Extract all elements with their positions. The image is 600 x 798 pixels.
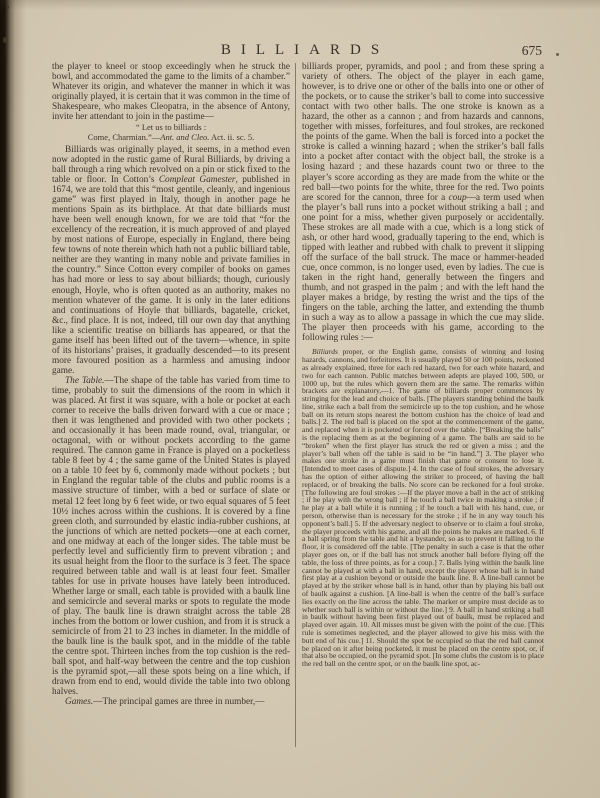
quote-attribution: Come, Charmian.”— — [88, 132, 160, 142]
term-italic: coup — [449, 193, 467, 203]
running-title: BILLIARDS — [52, 42, 548, 59]
paragraph-text: proper, or the English game, consists of… — [302, 347, 544, 668]
book-title-italic: Compleat Gamester — [159, 175, 236, 185]
quote-citation-ref: Act. ii. sc. 5. — [209, 132, 254, 142]
book-page: BILLIARDS 675 the player to kneel or sto… — [0, 0, 600, 798]
right-column: billiards proper, pyramids, and pool ; a… — [302, 62, 544, 668]
verse-quote: “ Let us to billiards : Come, Charmian.”… — [52, 123, 290, 143]
page-number: 675 — [522, 43, 542, 59]
left-column: the player to kneel or stoop exceedingly… — [52, 62, 290, 708]
section-heading-italic: Games. — [65, 697, 93, 707]
paragraph-rules-smallprint: Billiards proper, or the English game, c… — [302, 348, 544, 668]
paragraph-text: —The principal games are three in number… — [93, 697, 264, 707]
paragraph-the-table: The Table.—The shape of the table has va… — [52, 376, 290, 698]
binding-gutter-shadow — [0, 0, 26, 798]
paragraph-text: —a term used when the player’s ball runs… — [302, 193, 544, 344]
paragraph-history: Billiards was originally played, it seem… — [52, 145, 290, 376]
paper-speck — [556, 53, 559, 56]
paragraph-games: Games.—The principal games are three in … — [52, 697, 290, 707]
quote-citation: Ant. and Cleo. — [160, 132, 209, 142]
paragraph-text: —The shape of the table has varied from … — [52, 376, 290, 697]
paragraph-text: billiards proper, pyramids, and pool ; a… — [302, 62, 544, 203]
section-heading-italic: The Table. — [65, 376, 104, 386]
quote-line-2: Come, Charmian.”—Ant. and Cleo. Act. ii.… — [52, 133, 290, 143]
page-edge-shade — [0, 0, 600, 10]
column-divider-rule — [295, 63, 296, 747]
paragraph-continuation: billiards proper, pyramids, and pool ; a… — [302, 62, 544, 343]
paragraph-text: the player to kneel or stoop exceedingly… — [52, 62, 290, 122]
paper-speck — [3, 37, 7, 43]
paper-speck — [6, 6, 9, 9]
paragraph-continuation: the player to kneel or stoop exceedingly… — [52, 62, 290, 122]
paragraph-text: , published in 1674, we are told that th… — [52, 175, 290, 376]
